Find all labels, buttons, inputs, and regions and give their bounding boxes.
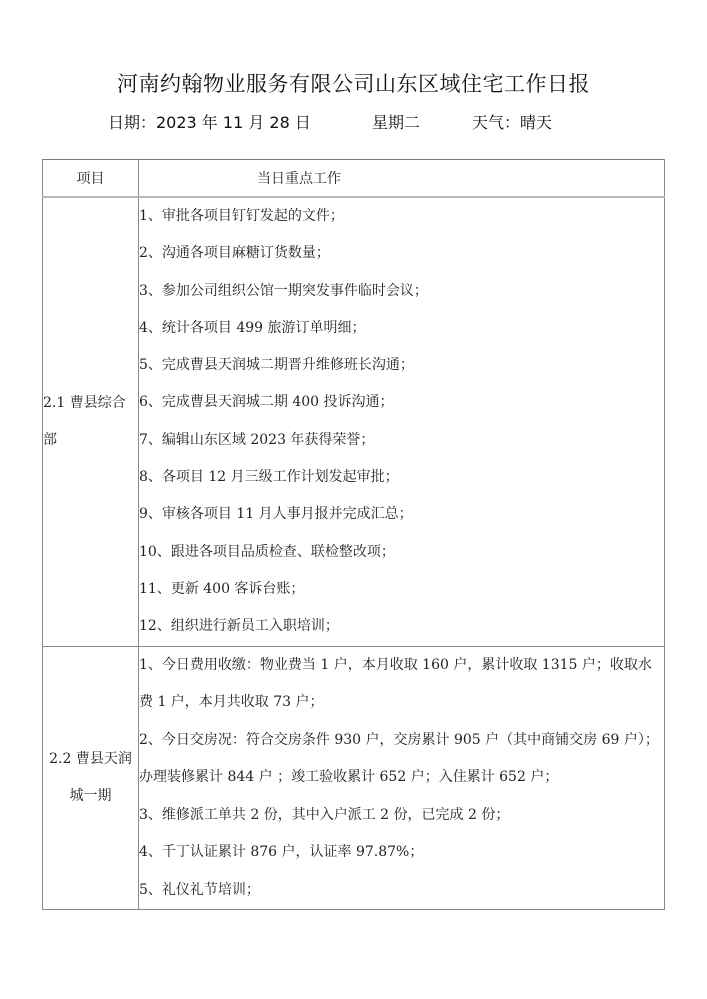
header-work: 当日重点工作 xyxy=(139,160,665,198)
project-cell-caoxian-general: 2.1 曹县综合部 xyxy=(43,197,139,646)
list-item: 3、参加公司组织公馆一期突发事件临时会议； xyxy=(139,273,664,310)
list-item: 7、编辑山东区域 2023 年获得荣誉； xyxy=(139,422,664,459)
list-item: 5、完成曹县天润城二期晋升维修班长沟通； xyxy=(139,347,664,384)
report-date: 日期：2023 年 11 月 28 日 xyxy=(108,110,311,133)
work-report-table: 项目 当日重点工作 2.1 曹县综合部 1、审批各项目钉钉发起的文件； 2、沟通… xyxy=(42,159,665,910)
project-name: 2.1 曹县综合部 xyxy=(43,395,126,448)
list-item: 4、千丁认证累计 876 户，认证率 97.87%； xyxy=(139,834,664,872)
list-item: 8、各项目 12 月三级工作计划发起审批； xyxy=(139,459,664,496)
list-item: 11、更新 400 客诉台账； xyxy=(139,571,664,608)
table-row: 2.2 曹县天润城一期 1、今日费用收缴：物业费当 1 户，本月收取 160 户… xyxy=(43,646,665,910)
list-item: 10、跟进各项目品质检查、联检整改项； xyxy=(139,534,664,571)
list-item: 4、统计各项目 499 旅游订单明细； xyxy=(139,310,664,347)
list-item: 6、完成曹县天润城二期 400 投诉沟通； xyxy=(139,384,664,421)
table-row: 2.1 曹县综合部 1、审批各项目钉钉发起的文件； 2、沟通各项目麻糖订货数量；… xyxy=(43,197,665,646)
work-items-cell: 1、审批各项目钉钉发起的文件； 2、沟通各项目麻糖订货数量； 3、参加公司组织公… xyxy=(139,197,665,646)
list-item: 1、审批各项目钉钉发起的文件； xyxy=(139,198,664,235)
work-items-cell: 1、今日费用收缴：物业费当 1 户，本月收取 160 户，累计收取 1315 户… xyxy=(139,646,665,910)
table-header-row: 项目 当日重点工作 xyxy=(43,160,665,198)
project-name: 2.2 曹县天润城一期 xyxy=(49,751,132,804)
list-item: 5、礼仪礼节培训； xyxy=(139,872,664,910)
report-weekday: 星期二 xyxy=(372,110,420,133)
list-item: 2、沟通各项目麻糖订货数量； xyxy=(139,235,664,272)
list-item: 9、审核各项目 11 月人事月报并完成汇总； xyxy=(139,496,664,533)
list-item: 12、组织进行新员工入职培训； xyxy=(139,608,664,645)
list-item: 2、今日交房况：符合交房条件 930 户，交房累计 905 户（其中商铺交房 6… xyxy=(139,722,664,797)
project-cell-tianruncheng-phase1: 2.2 曹县天润城一期 xyxy=(43,646,139,910)
report-weather: 天气：晴天 xyxy=(472,110,552,133)
list-item: 1、今日费用收缴：物业费当 1 户，本月收取 160 户，累计收取 1315 户… xyxy=(139,647,664,722)
list-item: 3、维修派工单共 2 份，其中入户派工 2 份，已完成 2 份； xyxy=(139,797,664,835)
header-project: 项目 xyxy=(43,160,139,198)
report-title: 河南约翰物业服务有限公司山东区域住宅工作日报 xyxy=(0,68,707,98)
